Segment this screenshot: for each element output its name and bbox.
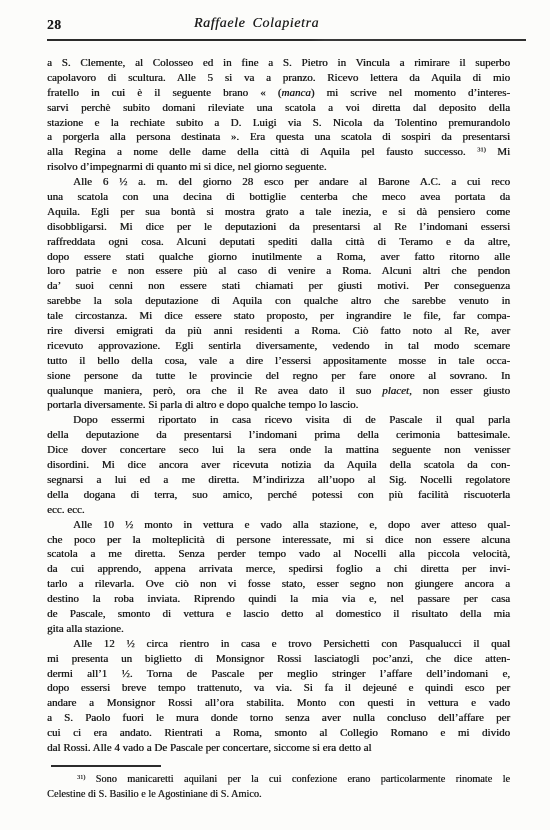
text-line: sarebbe la sola deputazione di Aquila co…: [47, 294, 510, 309]
text-line: qualunque maniera, però, ora che il Re a…: [47, 384, 510, 399]
text-line: dermi all’1 ½. Torna de Pascale per megl…: [47, 667, 510, 682]
text-line: della dogana di terra, suo amico, perché…: [47, 488, 510, 503]
text-line: a S. Paolo fuori le mura donde torno sen…: [47, 711, 510, 726]
text-line: raffreddata ogni cosa. Alcuni deputati s…: [47, 235, 510, 250]
text-line: sione persone da tutte le provincie del …: [47, 369, 510, 384]
text-line: ricevuto approvazione. Egli sentirla div…: [47, 339, 510, 354]
footnote-rule: [51, 765, 161, 767]
text-line: tale circostanza. Mi dice essere stato p…: [47, 309, 510, 324]
text-line: da cui apprendo, appena arrivata merce, …: [47, 562, 510, 577]
text-line: capolavoro di scultura. Alle 5 si va a p…: [47, 71, 510, 86]
text-line: sarvi perchè subito domani rileviate una…: [47, 101, 510, 116]
text-line: a porgerla alla persona destinata ». Era…: [47, 130, 510, 145]
text-line: Aquila. Egli per sua bontà si mostra gra…: [47, 205, 510, 220]
text-line: tutto il bello della cosa, vale a dire l…: [47, 354, 510, 369]
text-line: che poco per la molteplicità di persone …: [47, 533, 510, 548]
book-page: 28 Raffaele Colapietra a S. Clemente, al…: [0, 0, 550, 830]
text-line: alla Regina a nome delle dame della citt…: [47, 145, 510, 160]
text-line: della deputazione da presentarsi l’indom…: [47, 428, 510, 443]
text-line: andare a Monsignor Rossi all’ora stabili…: [47, 696, 510, 711]
paragraph: Dopo essermi riportato in casa ricevo vi…: [47, 413, 510, 517]
running-title: Raffaele Colapietra: [47, 16, 466, 32]
text-line: dal Rossi. Alle 4 vado a De Pascale per …: [47, 741, 510, 756]
paragraph: Alle 6 ½ a. m. del giorno 28 esco per an…: [47, 175, 510, 413]
text-line: cui ci era andato. Rientrati a Roma, smo…: [47, 726, 510, 741]
text-line: tarlo a rilevarla. Ove ciò non vi fosse …: [47, 577, 510, 592]
footnote-text: 31) Sono manicaretti aquilani per la cui…: [47, 772, 510, 802]
text-line: disobbligarsi. Mi dice per le deputazion…: [47, 220, 510, 235]
text-line: portarla diversamente. Si parla di altro…: [47, 398, 510, 413]
text-line: ecc. ecc.: [47, 503, 510, 518]
text-line: gita alla stazione.: [47, 622, 510, 637]
text-line: una scatola con una decina di bottiglie …: [47, 190, 510, 205]
header-rule: [47, 39, 526, 41]
text-line: dopo essersi breve tempo trattenuto, va …: [47, 681, 510, 696]
text-line: Alle 12 ½ circa rientro in casa e trovo …: [47, 637, 510, 652]
text-line: loro patrie e non essere più al caso di …: [47, 264, 510, 279]
text-line: risolvo d’impegnarmi di quanto mi si dic…: [47, 160, 510, 175]
text-line: mi presenta un biglietto di Monsignor Ro…: [47, 652, 510, 667]
text-line: Alle 6 ½ a. m. del giorno 28 esco per an…: [47, 175, 510, 190]
body-text: a S. Clemente, al Colosseo ed in fine a …: [47, 56, 510, 756]
paragraph: Alle 10 ½ monto in vettura e vado alla s…: [47, 518, 510, 637]
text-line: dopo essere stati qualche giorno inutilm…: [47, 250, 510, 265]
text-line: Dice dover concertare seco lui la sera o…: [47, 443, 510, 458]
text-line: 31) Sono manicaretti aquilani per la cui…: [47, 772, 510, 787]
text-line: fratello in cui è il seguente brano « (m…: [47, 86, 510, 101]
text-line: segnarsi a lui ed a me diretta. M’indiri…: [47, 473, 510, 488]
page-header: 28 Raffaele Colapietra: [47, 0, 526, 41]
text-line: rire diversi emigrati da più anni reside…: [47, 324, 510, 339]
text-line: de Pascale, smonto di vettura e lascio d…: [47, 607, 510, 622]
text-line: a S. Clemente, al Colosseo ed in fine a …: [47, 56, 510, 71]
text-line: disordini. Mi dice ancora aver ricevuta …: [47, 458, 510, 473]
text-line: scatola a me diretta. Senza perder tempo…: [47, 547, 510, 562]
text-line: Celestine di S. Basilio e le Agostiniane…: [47, 787, 510, 802]
text-line: Dopo essermi riportato in casa ricevo vi…: [47, 413, 510, 428]
text-line: Alle 10 ½ monto in vettura e vado alla s…: [47, 518, 510, 533]
text-line: destino la roba inviata. Riprendo quindi…: [47, 592, 510, 607]
paragraph: a S. Clemente, al Colosseo ed in fine a …: [47, 56, 510, 175]
text-line: da’ suoi cenni non essere stati chiamati…: [47, 279, 510, 294]
text-line: stazione e la rechiate subito a D. Luigi…: [47, 116, 510, 131]
paragraph: Alle 12 ½ circa rientro in casa e trovo …: [47, 637, 510, 756]
